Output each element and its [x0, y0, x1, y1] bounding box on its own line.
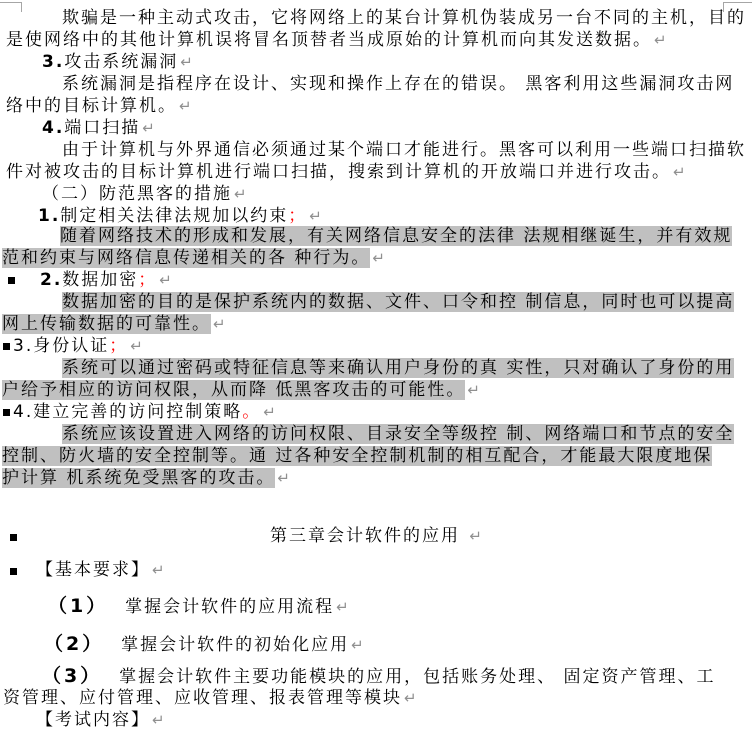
paragraph-mark-icon: ↵ — [178, 53, 193, 71]
text-line: 3.攻击系统漏洞↵ — [42, 52, 193, 74]
bullet-square-icon — [10, 534, 17, 541]
bold-text-segment: 4. — [42, 118, 64, 138]
paragraph-mark-icon: ↵ — [370, 249, 385, 267]
text-line: （2） 掌握会计软件的初始化应用↵ — [44, 634, 364, 656]
text-segment: 端口扫描 — [64, 118, 140, 138]
bold-number-label: （3） — [42, 665, 93, 687]
highlighted-text: 系统应该设置进入网络的访问权限、目录安全等级控 制、网络端口和节点的安全 — [62, 424, 734, 444]
text-line: 4.端口扫描↵ — [42, 118, 155, 140]
paragraph-mark-icon: ↵ — [275, 469, 290, 487]
paragraph-mark-icon: ↵ — [177, 97, 192, 115]
red-punctuation: ； — [138, 270, 157, 290]
text-line: （1） 掌握会计软件的应用流程↵ — [48, 596, 349, 618]
bold-number-label: （1） — [48, 595, 99, 617]
text-line: 4.建立完善的访问控制策略。↵ — [13, 402, 276, 424]
paragraph-mark-icon: ↵ — [465, 381, 480, 399]
text-segment: 资管理、应付管理、应收管理、报表管理等模块 — [3, 688, 402, 708]
paragraph-mark-icon: ↵ — [261, 403, 276, 421]
text-line: 护计算 机系统免受黑客的攻击。↵ — [2, 468, 290, 490]
text-segment: 掌握会计软件的应用流程 — [99, 597, 334, 617]
text-line: （二）防范黑客的措施↵ — [42, 184, 247, 206]
text-line: 是使网络中的其他计算机误将冒名顶替者当成原始的计算机而向其发送数据。↵ — [6, 30, 667, 52]
text-line: 系统应该设置进入网络的访问权限、目录安全等级控 制、网络端口和节点的安全 — [62, 424, 734, 446]
text-segment: 掌握会计软件主要功能模块的应用，包括账务处理、 固定资产管理、工 — [93, 667, 716, 687]
document-page: 欺骗是一种主动式攻击，它将网络上的某台计算机伪装成另一台不同的主机，目的是使网络… — [0, 0, 752, 739]
text-segment: 4.建立完善的访问控制策略 — [13, 402, 242, 422]
text-line: 1.制定相关法律法规加以约束；↵ — [38, 206, 322, 228]
text-segment: 制定相关法律法规加以约束 — [60, 206, 288, 226]
paragraph-mark-icon: ↵ — [150, 711, 165, 729]
text-segment: 络中的目标计算机。 — [6, 96, 177, 116]
paragraph-mark-icon: ↵ — [150, 561, 165, 579]
highlighted-text: 系统可以通过密码或特征信息等来确认用户身份的真 实性，只对确认了身份的用 — [62, 358, 734, 378]
bullet-square-icon — [10, 568, 17, 575]
paragraph-mark-icon: ↵ — [307, 207, 322, 225]
text-line: 3.身份认证；↵ — [13, 336, 143, 358]
text-line: 数据加密的目的是保护系统内的数据、文件、口令和控 制信息，同时也可以提高 — [62, 292, 734, 314]
text-line: 由于计算机与外界通信必须通过某个端口才能进行。黑客可以利用一些端口扫描软 — [62, 140, 746, 162]
text-segment: 3.身份认证 — [13, 336, 109, 356]
paragraph-mark-icon: ↵ — [140, 119, 155, 137]
paragraph-mark-icon: ↵ — [652, 31, 667, 49]
text-line: 户给予相应的访问权限，从而降 低黑客攻击的可能性。↵ — [2, 380, 480, 402]
paragraph-mark-icon: ↵ — [232, 185, 247, 203]
highlighted-text: 范和约束与网络信息传递相关的各 种行为。 — [2, 248, 370, 268]
paragraph-mark-icon: ↵ — [128, 337, 143, 355]
bold-number-label: （2） — [44, 633, 95, 655]
text-line: 件对被攻击的目标计算机进行端口扫描，搜索到计算机的开放端口并进行攻击。↵ — [6, 162, 686, 184]
text-line: 系统漏洞是指程序在设计、实现和操作上存在的错误。 黑客利用这些漏洞攻击网 — [62, 74, 734, 96]
text-segment: （二）防范黑客的措施 — [42, 184, 232, 204]
text-line: 络中的目标计算机。↵ — [6, 96, 192, 118]
text-segment: 数据加密 — [62, 270, 138, 290]
highlighted-text: 护计算 机系统免受黑客的攻击。 — [2, 468, 275, 488]
paragraph-mark-icon: ↵ — [671, 163, 686, 181]
text-segment: 欺骗是一种主动式攻击，它将网络上的某台计算机伪装成另一台不同的主机，目的 — [62, 8, 746, 28]
paragraph-mark-icon: ↵ — [334, 598, 349, 616]
red-punctuation: ； — [109, 336, 128, 356]
text-line: 范和约束与网络信息传递相关的各 种行为。↵ — [2, 248, 385, 270]
bold-text-segment: 1. — [38, 206, 60, 226]
paragraph-mark-icon: ↵ — [211, 315, 226, 333]
red-punctuation: 。 — [242, 402, 261, 422]
highlighted-text: 户给予相应的访问权限，从而降 低黑客攻击的可能性。 — [2, 380, 465, 400]
crop-mark-top-left — [0, 2, 22, 12]
text-segment: 【基本要求】 — [36, 560, 150, 580]
chapter-heading-line: 第三章会计软件的应用 ↵ — [0, 526, 752, 548]
bold-text-segment: 3. — [42, 52, 64, 72]
bullet-square-icon — [8, 277, 15, 284]
paragraph-mark-icon: ↵ — [349, 636, 364, 654]
paragraph-mark-icon: ↵ — [467, 527, 482, 545]
text-segment: 件对被攻击的目标计算机进行端口扫描，搜索到计算机的开放端口并进行攻击。 — [6, 162, 671, 182]
text-segment: 是使网络中的其他计算机误将冒名顶替者当成原始的计算机而向其发送数据。 — [6, 30, 652, 50]
highlighted-text: 数据加密的目的是保护系统内的数据、文件、口令和控 制信息，同时也可以提高 — [62, 292, 734, 312]
text-segment: 由于计算机与外界通信必须通过某个端口才能进行。黑客可以利用一些端口扫描软 — [62, 140, 746, 160]
paragraph-mark-icon: ↵ — [157, 271, 172, 289]
text-segment: 【考试内容】 — [36, 710, 150, 730]
bullet-square-icon — [3, 343, 10, 350]
bullet-square-icon — [3, 409, 10, 416]
highlighted-text: 网上传输数据的可靠性。 — [2, 314, 211, 334]
text-line: 欺骗是一种主动式攻击，它将网络上的某台计算机伪装成另一台不同的主机，目的 — [62, 8, 746, 30]
text-segment: 攻击系统漏洞 — [64, 52, 178, 72]
paragraph-mark-icon: ↵ — [402, 689, 417, 707]
section-exam-content: 【考试内容】↵ — [36, 710, 165, 732]
red-punctuation: ； — [288, 206, 307, 226]
text-line: 系统可以通过密码或特征信息等来确认用户身份的真 实性，只对确认了身份的用 — [62, 358, 734, 380]
text-line: 网上传输数据的可靠性。↵ — [2, 314, 226, 336]
bold-text-segment: 2. — [40, 270, 62, 290]
highlighted-text: 随着网络技术的形成和发展，有关网络信息安全的法律 法规相继诞生，并有效规 — [60, 226, 732, 246]
text-line: 随着网络技术的形成和发展，有关网络信息安全的法律 法规相继诞生，并有效规 — [60, 226, 732, 248]
text-line: 控制、防火墙的安全控制等。通 过各种安全控制机制的相互配合，才能最大限度地保 — [2, 446, 712, 468]
text-segment: 系统漏洞是指程序在设计、实现和操作上存在的错误。 黑客利用这些漏洞攻击网 — [62, 74, 734, 94]
text-line: （3） 掌握会计软件主要功能模块的应用，包括账务处理、 固定资产管理、工 — [42, 666, 716, 688]
text-segment: 第三章会计软件的应用 — [270, 526, 467, 546]
highlighted-text: 控制、防火墙的安全控制等。通 过各种安全控制机制的相互配合，才能最大限度地保 — [2, 446, 712, 466]
text-segment: 掌握会计软件的初始化应用 — [95, 635, 349, 655]
text-line: 资管理、应付管理、应收管理、报表管理等模块↵ — [3, 688, 417, 710]
text-line: 2.数据加密；↵ — [40, 270, 172, 292]
section-basic-requirements: 【基本要求】↵ — [36, 560, 165, 582]
